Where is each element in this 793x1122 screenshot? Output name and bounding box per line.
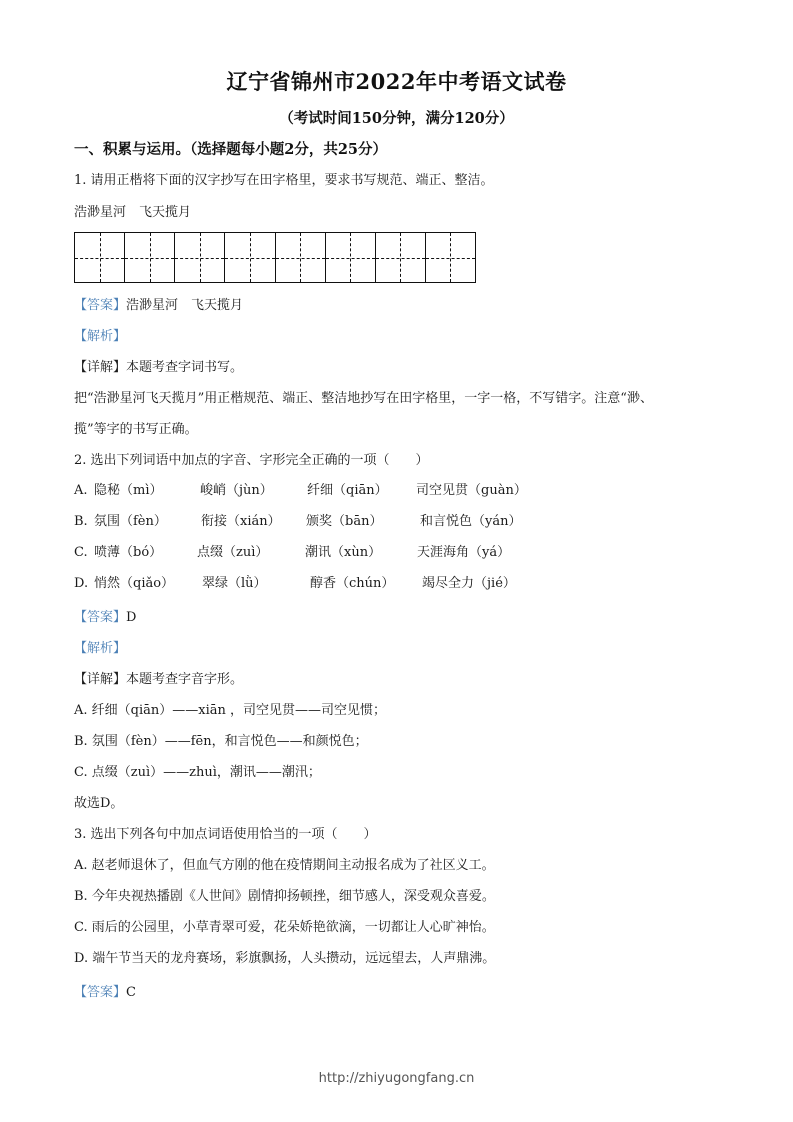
option-item: 悄然（qiǎo） xyxy=(94,575,174,593)
answer-text: 浩渺星河 飞天揽月 xyxy=(126,298,243,313)
grid-cell xyxy=(75,233,125,282)
analysis-tag: 【解析】 xyxy=(74,329,126,344)
answer-text: D xyxy=(126,610,136,625)
option-item: 竭尽全力（jié） xyxy=(422,575,516,593)
answer-tag: 【答案】 xyxy=(74,610,126,625)
option-item: 醇香（chún） xyxy=(310,575,394,593)
detail-text: 本题考查字音字形。 xyxy=(126,672,243,687)
q2-prompt: 2. 选出下列词语中加点的字音、字形完全正确的一项（ ） xyxy=(74,452,429,470)
q3-option-c: C. 雨后的公园里，小草青翠可爱，花朵娇艳欲滴，一切都让人心旷神怡。 xyxy=(74,919,495,937)
grid-cell xyxy=(426,233,475,282)
option-label: A. xyxy=(74,482,88,500)
footer-url[interactable]: http://zhiyugongfang.cn xyxy=(0,1071,793,1086)
q2-explanation-c: C. 点缀（zuì）——zhuì，潮讯——潮汛； xyxy=(74,764,321,782)
q1-words: 浩渺星河 飞天揽月 xyxy=(74,204,191,222)
option-item: 天涯海角（yá） xyxy=(417,544,510,562)
option-label: B. xyxy=(74,513,88,531)
q2-detail: 【详解】本题考查字音字形。 xyxy=(74,671,243,689)
grid-cell xyxy=(225,233,275,282)
option-item: 颁奖（bān） xyxy=(306,513,382,531)
document-subtitle: （考试时间150分钟，满分120分） xyxy=(0,107,793,128)
option-label: C. xyxy=(74,544,88,562)
q2-option-b: B. 氛围（fèn） 衔接（xián） 颁奖（bān） 和言悦色（yán） xyxy=(74,513,734,533)
answer-tag: 【答案】 xyxy=(74,985,126,1000)
q1-explanation-2: 揽”等字的书写正确。 xyxy=(74,421,198,439)
detail-text: 本题考查字词书写。 xyxy=(126,360,243,375)
q3-option-b: B. 今年央视热播剧《人世间》剧情抑扬顿挫，细节感人，深受观众喜爱。 xyxy=(74,888,495,906)
grid-cell xyxy=(326,233,376,282)
grid-cell xyxy=(175,233,225,282)
option-item: 司空见贯（guàn） xyxy=(416,482,527,500)
grid-cell xyxy=(376,233,426,282)
detail-tag: 【详解】 xyxy=(74,360,126,375)
q2-analysis: 【解析】 xyxy=(74,640,126,658)
q2-option-d: D. 悄然（qiǎo） 翠绿（lǜ） 醇香（chún） 竭尽全力（jié） xyxy=(74,575,734,595)
q1-explanation-1: 把“浩渺星河飞天揽月”用正楷规范、端正、整洁地抄写在田字格里，一字一格，不写错字… xyxy=(74,390,653,408)
q1-answer: 【答案】浩渺星河 飞天揽月 xyxy=(74,297,243,315)
q3-option-a: A. 赵老师退休了，但血气方刚的他在疫情期间主动报名成为了社区义工。 xyxy=(74,857,495,875)
detail-tag: 【详解】 xyxy=(74,672,126,687)
q3-prompt: 3. 选出下列各句中加点词语使用恰当的一项（ ） xyxy=(74,826,377,844)
q3-answer: 【答案】C xyxy=(74,984,136,1002)
q1-analysis: 【解析】 xyxy=(74,328,126,346)
q2-conclusion: 故选D。 xyxy=(74,795,123,813)
option-item: 峻峭（jùn） xyxy=(200,482,273,500)
q2-option-c: C. 喷薄（bó） 点缀（zuì） 潮讯（xùn） 天涯海角（yá） xyxy=(74,544,734,564)
q1-detail: 【详解】本题考查字词书写。 xyxy=(74,359,243,377)
answer-tag: 【答案】 xyxy=(74,298,126,313)
option-item: 点缀（zuì） xyxy=(197,544,268,562)
q2-option-a: A. 隐秘（mì） 峻峭（jùn） 纤细（qiān） 司空见贯（guàn） xyxy=(74,482,734,502)
option-item: 氛围（fèn） xyxy=(94,513,167,531)
option-item: 喷薄（bó） xyxy=(94,544,162,562)
document-title: 辽宁省锦州市2022年中考语文试卷 xyxy=(0,66,793,96)
option-item: 隐秘（mì） xyxy=(94,482,163,500)
q2-explanation-b: B. 氛围（fèn）——fēn，和言悦色——和颜悦色； xyxy=(74,733,368,751)
option-item: 和言悦色（yán） xyxy=(420,513,521,531)
option-label: D. xyxy=(74,575,88,593)
option-item: 潮讯（xùn） xyxy=(305,544,381,562)
tianzige-grid xyxy=(74,232,476,283)
q2-answer: 【答案】D xyxy=(74,609,136,627)
q2-explanation-a: A. 纤细（qiān）——xiān ，司空见贯——司空见惯； xyxy=(74,702,386,720)
section-heading: 一、积累与运用。（选择题每小题2分，共25分） xyxy=(74,141,387,159)
analysis-tag: 【解析】 xyxy=(74,641,126,656)
q3-option-d: D. 端午节当天的龙舟赛场，彩旗飘扬，人头攒动，远远望去，人声鼎沸。 xyxy=(74,950,495,968)
exam-page: 辽宁省锦州市2022年中考语文试卷 （考试时间150分钟，满分120分） 一、积… xyxy=(0,0,793,1122)
q1-prompt: 1. 请用正楷将下面的汉字抄写在田字格里，要求书写规范、端正、整洁。 xyxy=(74,172,494,190)
grid-cell xyxy=(125,233,175,282)
grid-cell xyxy=(276,233,326,282)
option-item: 衔接（xián） xyxy=(201,513,281,531)
option-item: 纤细（qiān） xyxy=(307,482,388,500)
answer-text: C xyxy=(126,985,136,1000)
option-item: 翠绿（lǜ） xyxy=(202,575,267,593)
